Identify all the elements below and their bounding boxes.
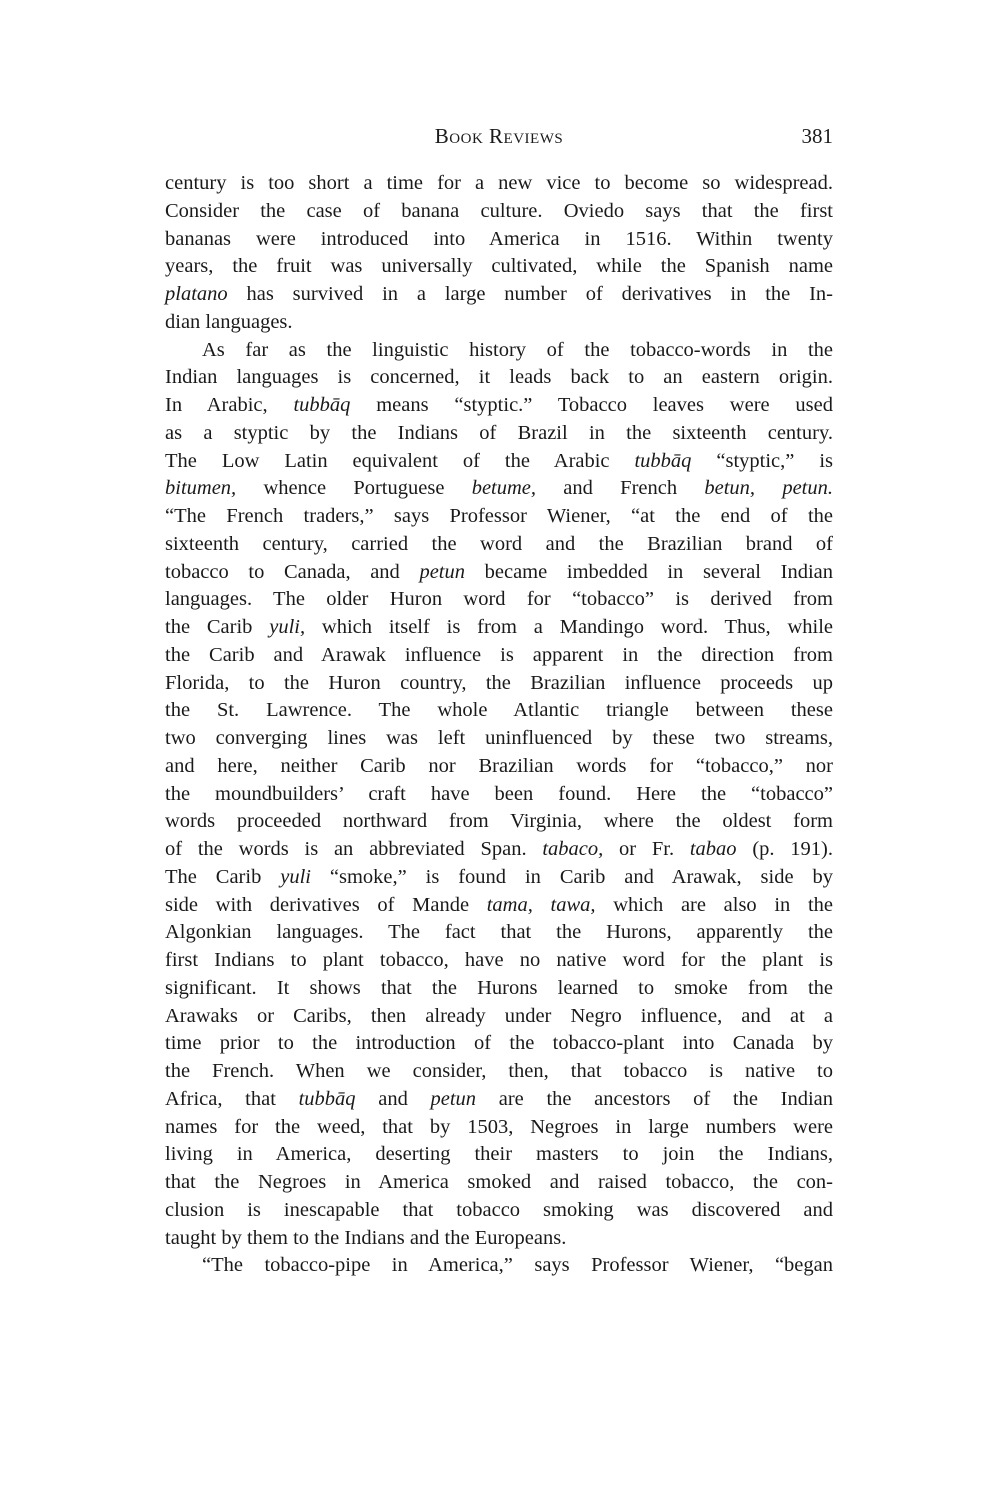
text-segment: clusion is inescapable that tobacco smok…: [165, 1199, 833, 1221]
text-line: platano has survived in a large number o…: [165, 281, 833, 309]
text-segment: two converging lines was left uninfluenc…: [165, 727, 833, 749]
text-segment: living in America, deserting their maste…: [165, 1143, 833, 1165]
text-line: bitumen, whence Portuguese betume, and F…: [165, 475, 833, 503]
text-line: Africa, that tubbāq and petun are the an…: [165, 1086, 833, 1114]
text-segment: sixteenth century, carried the word and …: [165, 533, 833, 555]
text-line: clusion is inescapable that tobacco smok…: [165, 1197, 833, 1225]
text-segment: means “styptic.” Tobacco leaves were use…: [350, 394, 833, 416]
text-line: words proceeded northward from Virginia,…: [165, 808, 833, 836]
text-segment: dian languages.: [165, 311, 293, 333]
text-line: Florida, to the Huron country, the Brazi…: [165, 670, 833, 698]
text-line: Indian languages is concerned, it leads …: [165, 364, 833, 392]
running-title: Book Reviews: [165, 124, 833, 149]
text-segment: as a styptic by the Indians of Brazil in…: [165, 422, 833, 444]
text-segment: “The tobacco-pipe in America,” says Prof…: [202, 1254, 833, 1276]
italic-term: tabao: [690, 838, 737, 860]
text-segment: bananas were introduced into America in …: [165, 228, 833, 250]
italic-term: platano: [165, 283, 228, 305]
text-segment: languages. The older Huron word for “tob…: [165, 588, 833, 610]
text-segment: “styptic,” is: [691, 450, 833, 472]
text-segment: taught by them to the Indians and the Eu…: [165, 1227, 566, 1249]
text-segment: The Carib: [165, 866, 280, 888]
text-segment: that the Negroes in America smoked and r…: [165, 1171, 833, 1193]
text-segment: century is too short a time for a new vi…: [165, 172, 833, 194]
text-segment: the moundbuilders’ craft have been found…: [165, 783, 833, 805]
text-line: first Indians to plant tobacco, have no …: [165, 947, 833, 975]
italic-term: betun, petun.: [704, 477, 833, 499]
text-segment: Algonkian languages. The fact that the H…: [165, 921, 833, 943]
text-segment: The Low Latin equivalent of the Arabic: [165, 450, 634, 472]
text-line: years, the fruit was universally cultiva…: [165, 253, 833, 281]
italic-term: bitumen,: [165, 477, 236, 499]
text-segment: time prior to the introduction of the to…: [165, 1032, 833, 1054]
text-line: of the words is an abbreviated Span. tab…: [165, 836, 833, 864]
text-line: the moundbuilders’ craft have been found…: [165, 781, 833, 809]
text-line: In Arabic, tubbāq means “styptic.” Tobac…: [165, 392, 833, 420]
text-segment: whence Portuguese: [236, 477, 472, 499]
text-line: bananas were introduced into America in …: [165, 226, 833, 254]
italic-term: tama, tawa,: [487, 894, 596, 916]
text-segment: first Indians to plant tobacco, have no …: [165, 949, 833, 971]
text-segment: are the ancestors of the Indian: [476, 1088, 833, 1110]
text-line: Consider the case of banana culture. Ovi…: [165, 198, 833, 226]
text-line: time prior to the introduction of the to…: [165, 1030, 833, 1058]
text-line: The Low Latin equivalent of the Arabic t…: [165, 448, 833, 476]
text-line: the Carib yuli, which itself is from a M…: [165, 614, 833, 642]
text-line: living in America, deserting their maste…: [165, 1141, 833, 1169]
text-segment: or Fr.: [603, 838, 690, 860]
text-segment: has survived in a large number of deriva…: [228, 283, 833, 305]
text-line: that the Negroes in America smoked and r…: [165, 1169, 833, 1197]
text-segment: became imbedded in several Indian: [465, 561, 833, 583]
text-line: the French. When we consider, then, that…: [165, 1058, 833, 1086]
italic-term: tubbāq: [299, 1088, 356, 1110]
text-segment: In Arabic,: [165, 394, 293, 416]
text-line: Algonkian languages. The fact that the H…: [165, 919, 833, 947]
page-number: 381: [802, 124, 834, 149]
text-line: two converging lines was left uninfluenc…: [165, 725, 833, 753]
italic-term: tabaco,: [542, 838, 603, 860]
text-segment: As far as the linguistic history of the …: [202, 339, 833, 361]
text-segment: side with derivatives of Mande: [165, 894, 487, 916]
text-segment: Arawaks or Caribs, then already under Ne…: [165, 1005, 833, 1027]
text-segment: names for the weed, that by 1503, Negroe…: [165, 1116, 833, 1138]
text-segment: “The French traders,” says Professor Wie…: [165, 505, 833, 527]
text-segment: and: [356, 1088, 431, 1110]
text-line: side with derivatives of Mande tama, taw…: [165, 892, 833, 920]
text-segment: the French. When we consider, then, that…: [165, 1060, 833, 1082]
text-segment: and here, neither Carib nor Brazilian wo…: [165, 755, 833, 777]
running-head: Book Reviews 381: [165, 124, 833, 152]
text-segment: years, the fruit was universally cultiva…: [165, 255, 833, 277]
paragraph: As far as the linguistic history of the …: [165, 337, 833, 1253]
text-segment: the Carib and Arawak influence is appare…: [165, 644, 833, 666]
text-segment: Florida, to the Huron country, the Brazi…: [165, 672, 833, 694]
paragraph: “The tobacco-pipe in America,” says Prof…: [165, 1252, 833, 1280]
paragraph: century is too short a time for a new vi…: [165, 170, 833, 337]
text-line: “The tobacco-pipe in America,” says Prof…: [165, 1252, 833, 1280]
italic-term: yuli: [280, 866, 311, 888]
italic-term: betume,: [472, 477, 536, 499]
text-segment: significant. It shows that the Hurons le…: [165, 977, 833, 999]
italic-term: petun: [419, 561, 465, 583]
text-line: sixteenth century, carried the word and …: [165, 531, 833, 559]
text-line: tobacco to Canada, and petun became imbe…: [165, 559, 833, 587]
text-segment: (p. 191).: [737, 838, 833, 860]
text-segment: tobacco to Canada, and: [165, 561, 419, 583]
italic-term: tubbāq: [634, 450, 691, 472]
text-line: names for the weed, that by 1503, Negroe…: [165, 1114, 833, 1142]
text-line: The Carib yuli “smoke,” is found in Cari…: [165, 864, 833, 892]
text-line: the Carib and Arawak influence is appare…: [165, 642, 833, 670]
text-segment: which itself is from a Mandingo word. Th…: [305, 616, 833, 638]
text-line: as a styptic by the Indians of Brazil in…: [165, 420, 833, 448]
text-line: Arawaks or Caribs, then already under Ne…: [165, 1003, 833, 1031]
text-segment: which are also in the: [596, 894, 833, 916]
text-segment: “smoke,” is found in Carib and Arawak, s…: [311, 866, 833, 888]
italic-term: yuli,: [269, 616, 305, 638]
text-segment: of the words is an abbreviated Span.: [165, 838, 542, 860]
text-segment: the St. Lawrence. The whole Atlantic tri…: [165, 699, 833, 721]
text-line: the St. Lawrence. The whole Atlantic tri…: [165, 697, 833, 725]
body-text: century is too short a time for a new vi…: [165, 170, 833, 1280]
text-segment: the Carib: [165, 616, 269, 638]
text-line: and here, neither Carib nor Brazilian wo…: [165, 753, 833, 781]
text-segment: and French: [536, 477, 704, 499]
text-segment: Indian languages is concerned, it leads …: [165, 366, 833, 388]
text-line: century is too short a time for a new vi…: [165, 170, 833, 198]
text-line: “The French traders,” says Professor Wie…: [165, 503, 833, 531]
italic-term: petun: [431, 1088, 477, 1110]
text-line: significant. It shows that the Hurons le…: [165, 975, 833, 1003]
text-segment: words proceeded northward from Virginia,…: [165, 810, 833, 832]
text-segment: Consider the case of banana culture. Ovi…: [165, 200, 833, 222]
text-line: languages. The older Huron word for “tob…: [165, 586, 833, 614]
text-segment: Africa, that: [165, 1088, 299, 1110]
italic-term: tubbāq: [293, 394, 350, 416]
text-line: taught by them to the Indians and the Eu…: [165, 1225, 833, 1253]
text-line: dian languages.: [165, 309, 833, 337]
text-line: As far as the linguistic history of the …: [165, 337, 833, 365]
